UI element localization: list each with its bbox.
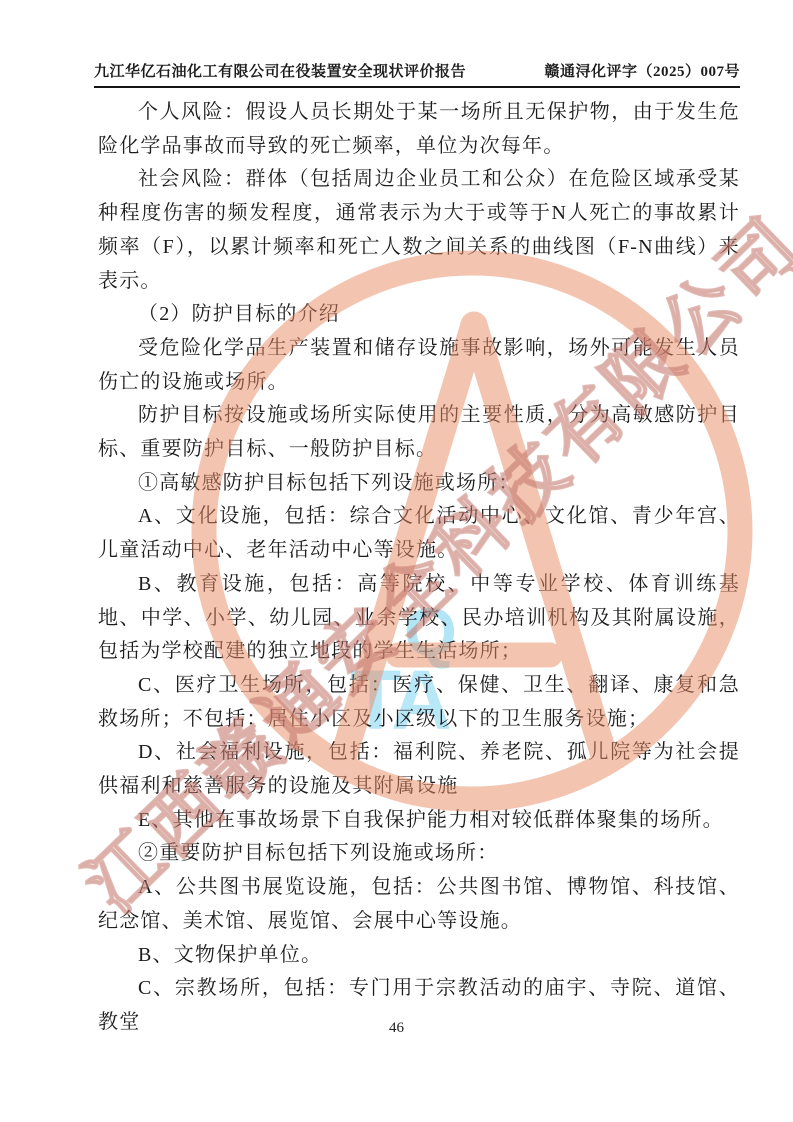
item-cultural-facilities: A、文化设施，包括：综合文化活动中心、文化馆、青少年宫、儿童活动中心、老年活动中… (98, 500, 740, 567)
item-library-exhibition: A、公共图书展览设施，包括：公共图书馆、博物馆、科技馆、纪念馆、美术馆、展览馆、… (98, 871, 740, 938)
item-education-facilities: B、教育设施，包括：高等院校、中等专业学校、体育训练基地、中学、小学、幼儿园、业… (98, 568, 740, 669)
paragraph-affected-facilities: 受危险化学品生产装置和储存设施事故影响，场外可能发生人员伤亡的设施或场所。 (98, 332, 740, 399)
item-medical-facilities: C、医疗卫生场所，包括：医疗、保健、卫生、翻译、康复和急救场所；不包括：居住小区… (98, 669, 740, 736)
paragraph-target-classes: 防护目标按设施或场所实际使用的主要性质，分为高敏感防护目标、重要防护目标、一般防… (98, 399, 740, 466)
page-number: 46 (0, 1020, 793, 1037)
document-page: Q TA 江西赣通安全科技有限公司 九江华亿石油化工有限公司在役装置安全现状评价… (0, 0, 793, 1122)
heading-high-sensitivity-list: ①高敏感防护目标包括下列设施或场所： (98, 467, 740, 501)
paragraph-social-risk: 社会风险：群体（包括周边企业员工和公众）在危险区域承受某种程度伤害的频发程度，通… (98, 163, 740, 298)
item-other-low-capability: E、其他在事故场景下自我保护能力相对较低群体聚集的场所。 (98, 804, 740, 838)
document-body: 个人风险：假设人员长期处于某一场所且无保护物，由于发生危险化学品事故而导致的死亡… (98, 96, 740, 1040)
item-welfare-facilities: D、社会福利设施，包括：福利院、养老院、孤儿院等为社会提供福利和慈善服务的设施及… (98, 736, 740, 803)
item-heritage-units: B、文物保护单位。 (98, 939, 740, 973)
paragraph-personal-risk: 个人风险：假设人员长期处于某一场所且无保护物，由于发生危险化学品事故而导致的死亡… (98, 96, 740, 163)
heading-protection-targets: （2）防护目标的介绍 (98, 298, 740, 332)
page-header: 九江华亿石油化工有限公司在役装置安全现状评价报告 赣通浔化评字（2025）007… (94, 60, 740, 88)
header-doc-number: 赣通浔化评字（2025）007号 (544, 60, 740, 81)
header-report-title: 九江华亿石油化工有限公司在役装置安全现状评价报告 (94, 60, 466, 81)
heading-important-targets-list: ②重要防护目标包括下列设施或场所： (98, 837, 740, 871)
